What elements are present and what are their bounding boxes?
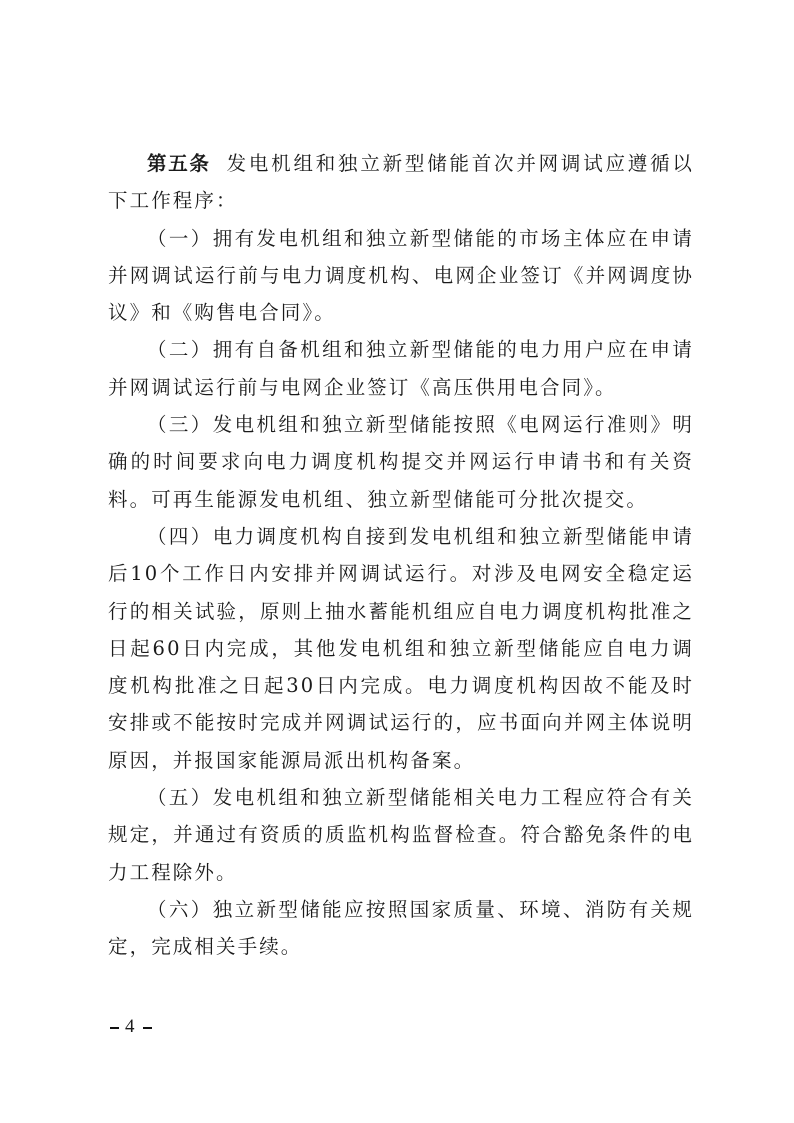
item-marker: （六）	[147, 898, 213, 921]
article-paragraph: 第五条发电机组和独立新型储能首次并网调试应遵循以下工作程序：	[108, 145, 694, 220]
item-paragraph-3: （三）发电机组和独立新型储能按照《电网运行准则》明确的时间要求向电力调度机构提交…	[108, 406, 694, 518]
item-text: 电力调度机构自接到发电机组和独立新型储能申请后10个工作日内安排并网调试运行。对…	[108, 525, 694, 772]
footer-dash-right	[143, 1027, 152, 1029]
item-marker: （四）	[147, 525, 213, 548]
item-marker: （五）	[147, 786, 213, 809]
item-paragraph-2: （二）拥有自备机组和独立新型储能的电力用户应在申请并网调试运行前与电网企业签订《…	[108, 331, 694, 406]
document-page: 第五条发电机组和独立新型储能首次并网调试应遵循以下工作程序： （一）拥有发电机组…	[108, 145, 694, 966]
item-marker: （三）	[147, 413, 213, 436]
item-marker: （一）	[147, 227, 213, 250]
item-paragraph-1: （一）拥有发电机组和独立新型储能的市场主体应在申请并网调试运行前与电力调度机构、…	[108, 220, 694, 332]
page-number: 4	[125, 1016, 137, 1037]
page-footer: 4	[104, 1016, 158, 1038]
item-paragraph-6: （六）独立新型储能应按照国家质量、环境、消防有关规定，完成相关手续。	[108, 891, 694, 966]
item-marker: （二）	[147, 338, 213, 361]
footer-dash-left	[110, 1027, 119, 1029]
article-title: 第五条	[147, 152, 211, 175]
item-paragraph-4: （四）电力调度机构自接到发电机组和独立新型储能申请后10个工作日内安排并网调试运…	[108, 518, 694, 779]
item-paragraph-5: （五）发电机组和独立新型储能相关电力工程应符合有关规定，并通过有资质的质监机构监…	[108, 779, 694, 891]
